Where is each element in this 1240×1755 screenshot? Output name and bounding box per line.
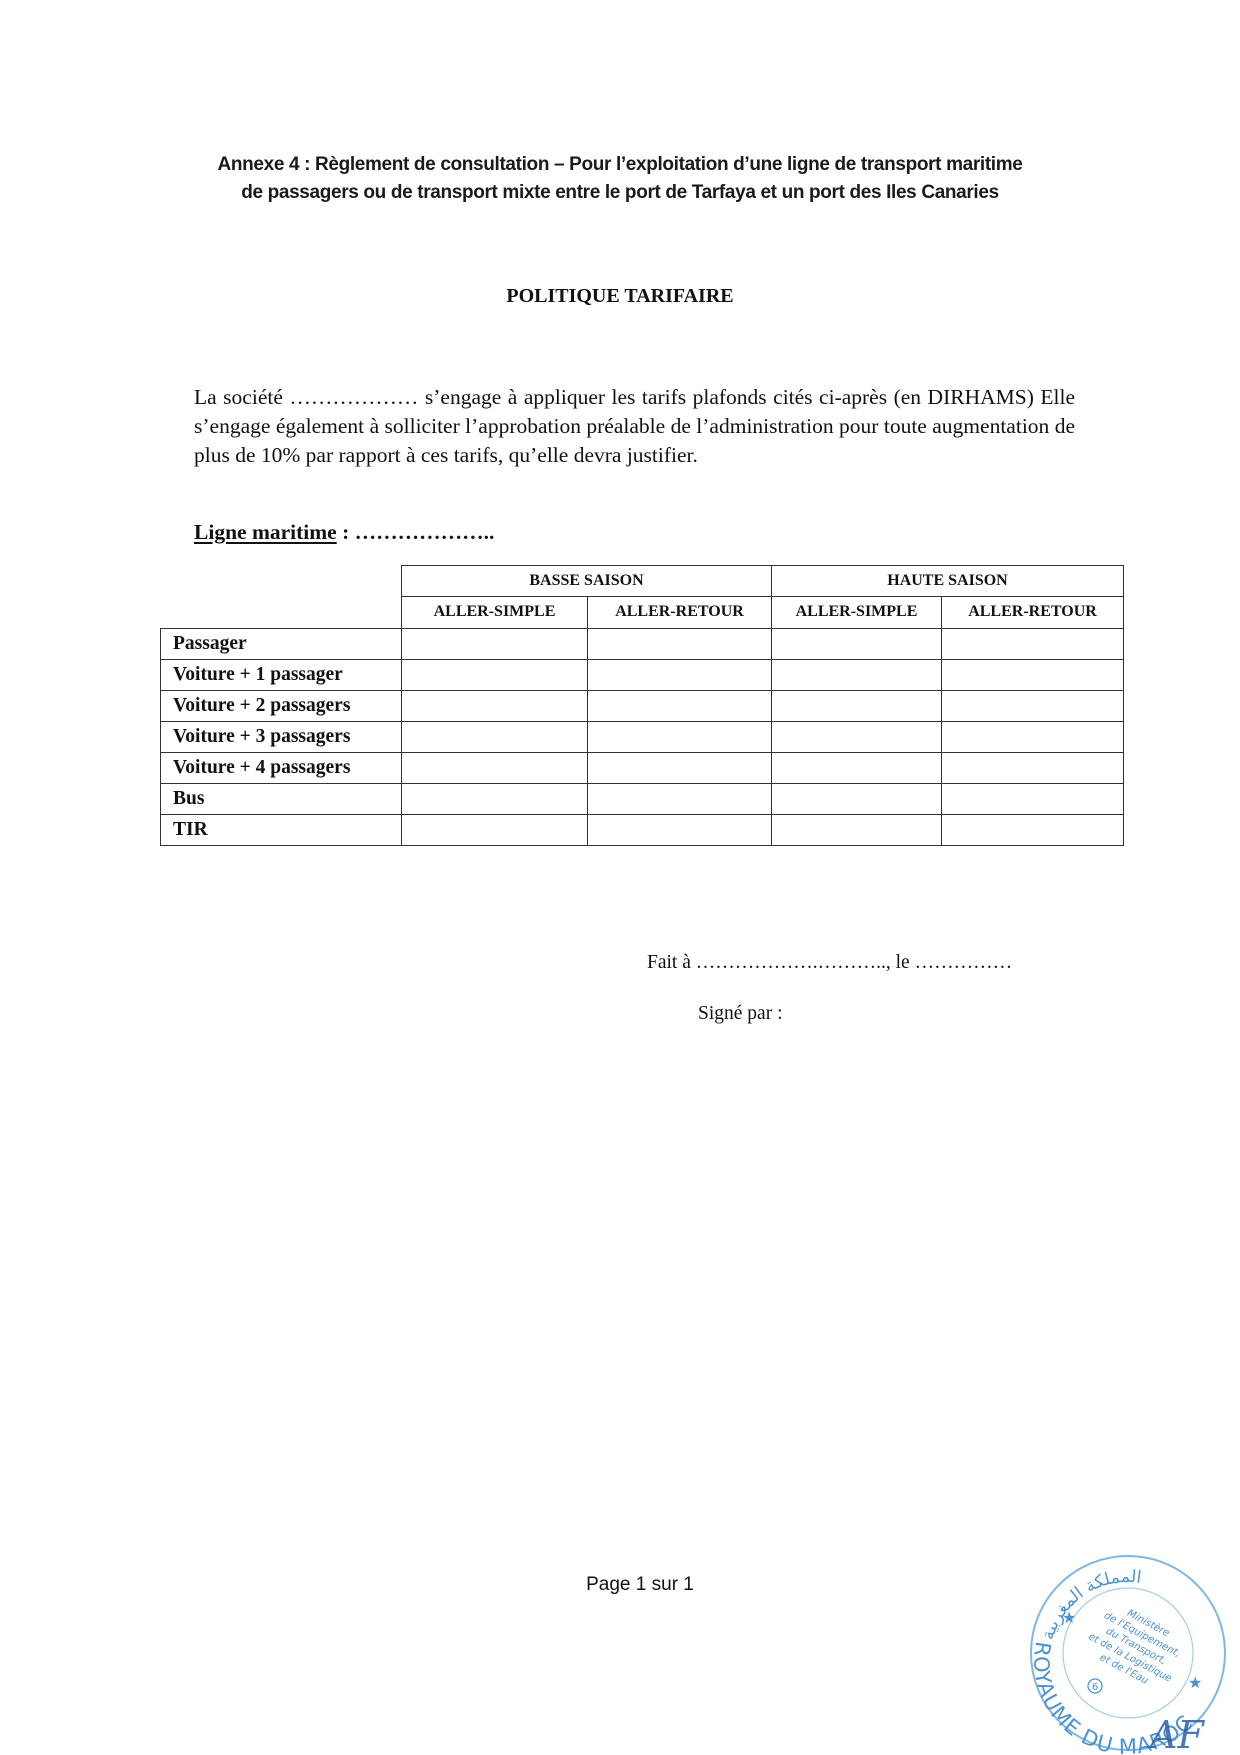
signe-par-label: Signé par : [698, 1003, 782, 1025]
tariff-cell[interactable] [772, 690, 942, 721]
header-line-2: de passagers ou de transport mixte entre… [0, 182, 1240, 204]
tariff-cell[interactable] [588, 659, 772, 690]
tariff-cell[interactable] [588, 690, 772, 721]
tariff-cell[interactable] [772, 721, 942, 752]
tariff-cell[interactable] [402, 659, 588, 690]
ligne-maritime-separator: : [337, 520, 355, 544]
tariff-cell[interactable] [942, 721, 1124, 752]
col-header-haute-aller-simple: ALLER-SIMPLE [772, 597, 942, 629]
tariff-cell[interactable] [588, 814, 772, 845]
stamp-seal-icon: المملكة المغربية ROYAUME DU MAROC ★ ★ Mi… [1020, 1548, 1235, 1755]
tariff-cell[interactable] [402, 690, 588, 721]
star-right-icon: ★ [1188, 1673, 1202, 1692]
stamp-number: 6 [1092, 1682, 1098, 1693]
tariff-cell[interactable] [402, 721, 588, 752]
col-header-haute-aller-retour: ALLER-RETOUR [942, 597, 1124, 629]
tariff-cell[interactable] [588, 628, 772, 659]
tariff-cell[interactable] [942, 628, 1124, 659]
tariff-cell[interactable] [772, 783, 942, 814]
header-line-1: Annexe 4 : Règlement de consultation – P… [0, 154, 1240, 176]
tariff-table: BASSE SAISON HAUTE SAISON ALLER-SIMPLE A… [160, 565, 1124, 846]
tariff-cell[interactable] [588, 721, 772, 752]
tariff-cell[interactable] [942, 659, 1124, 690]
tariff-cell[interactable] [942, 752, 1124, 783]
tariff-cell[interactable] [772, 752, 942, 783]
table-row: TIR [161, 814, 1124, 845]
page-number-text: Page 1 sur 1 [586, 1574, 694, 1595]
official-stamp: المملكة المغربية ROYAUME DU MAROC ★ ★ Mi… [1020, 1548, 1235, 1755]
table-row: Voiture + 3 passagers [161, 721, 1124, 752]
tariff-cell[interactable] [402, 783, 588, 814]
row-label: Passager [161, 628, 402, 659]
row-label: TIR [161, 814, 402, 845]
row-label: Bus [161, 783, 402, 814]
tariff-cell[interactable] [772, 814, 942, 845]
ligne-maritime-label: Ligne maritime [194, 520, 337, 544]
blank-corner [161, 597, 402, 629]
commitment-paragraph: La société ……………… s’engage à appliquer l… [194, 383, 1075, 470]
tariff-cell[interactable] [942, 783, 1124, 814]
ligne-maritime-value: ……………….. [355, 520, 495, 544]
table-row: Voiture + 2 passagers [161, 690, 1124, 721]
tariff-cell[interactable] [772, 659, 942, 690]
ligne-maritime: Ligne maritime : ……………….. [194, 520, 494, 545]
table-row: Voiture + 4 passagers [161, 752, 1124, 783]
handwritten-initials: AF [1147, 1713, 1205, 1755]
table-row: Voiture + 1 passager [161, 659, 1124, 690]
tariff-cell[interactable] [942, 690, 1124, 721]
col-header-basse-aller-simple: ALLER-SIMPLE [402, 597, 588, 629]
col-header-basse-aller-retour: ALLER-RETOUR [588, 597, 772, 629]
season-header-row: BASSE SAISON HAUTE SAISON [161, 566, 1124, 597]
tariff-cell[interactable] [402, 814, 588, 845]
row-label: Voiture + 1 passager [161, 659, 402, 690]
fait-a-line: Fait à ……………….……….., le …………… [647, 952, 1012, 974]
table-row: Passager [161, 628, 1124, 659]
tariff-cell[interactable] [942, 814, 1124, 845]
trip-header-row: ALLER-SIMPLE ALLER-RETOUR ALLER-SIMPLE A… [161, 597, 1124, 629]
page-title: POLITIQUE TARIFAIRE [0, 285, 1240, 308]
tariff-cell[interactable] [772, 628, 942, 659]
tariff-cell[interactable] [402, 628, 588, 659]
tariff-cell[interactable] [588, 752, 772, 783]
star-left-icon: ★ [1062, 1608, 1076, 1627]
tariff-cell[interactable] [588, 783, 772, 814]
row-label: Voiture + 3 passagers [161, 721, 402, 752]
tariff-cell[interactable] [402, 752, 588, 783]
table-row: Bus [161, 783, 1124, 814]
blank-corner [161, 566, 402, 597]
season-header-haute: HAUTE SAISON [772, 566, 1124, 597]
row-label: Voiture + 2 passagers [161, 690, 402, 721]
row-label: Voiture + 4 passagers [161, 752, 402, 783]
season-header-basse: BASSE SAISON [402, 566, 772, 597]
